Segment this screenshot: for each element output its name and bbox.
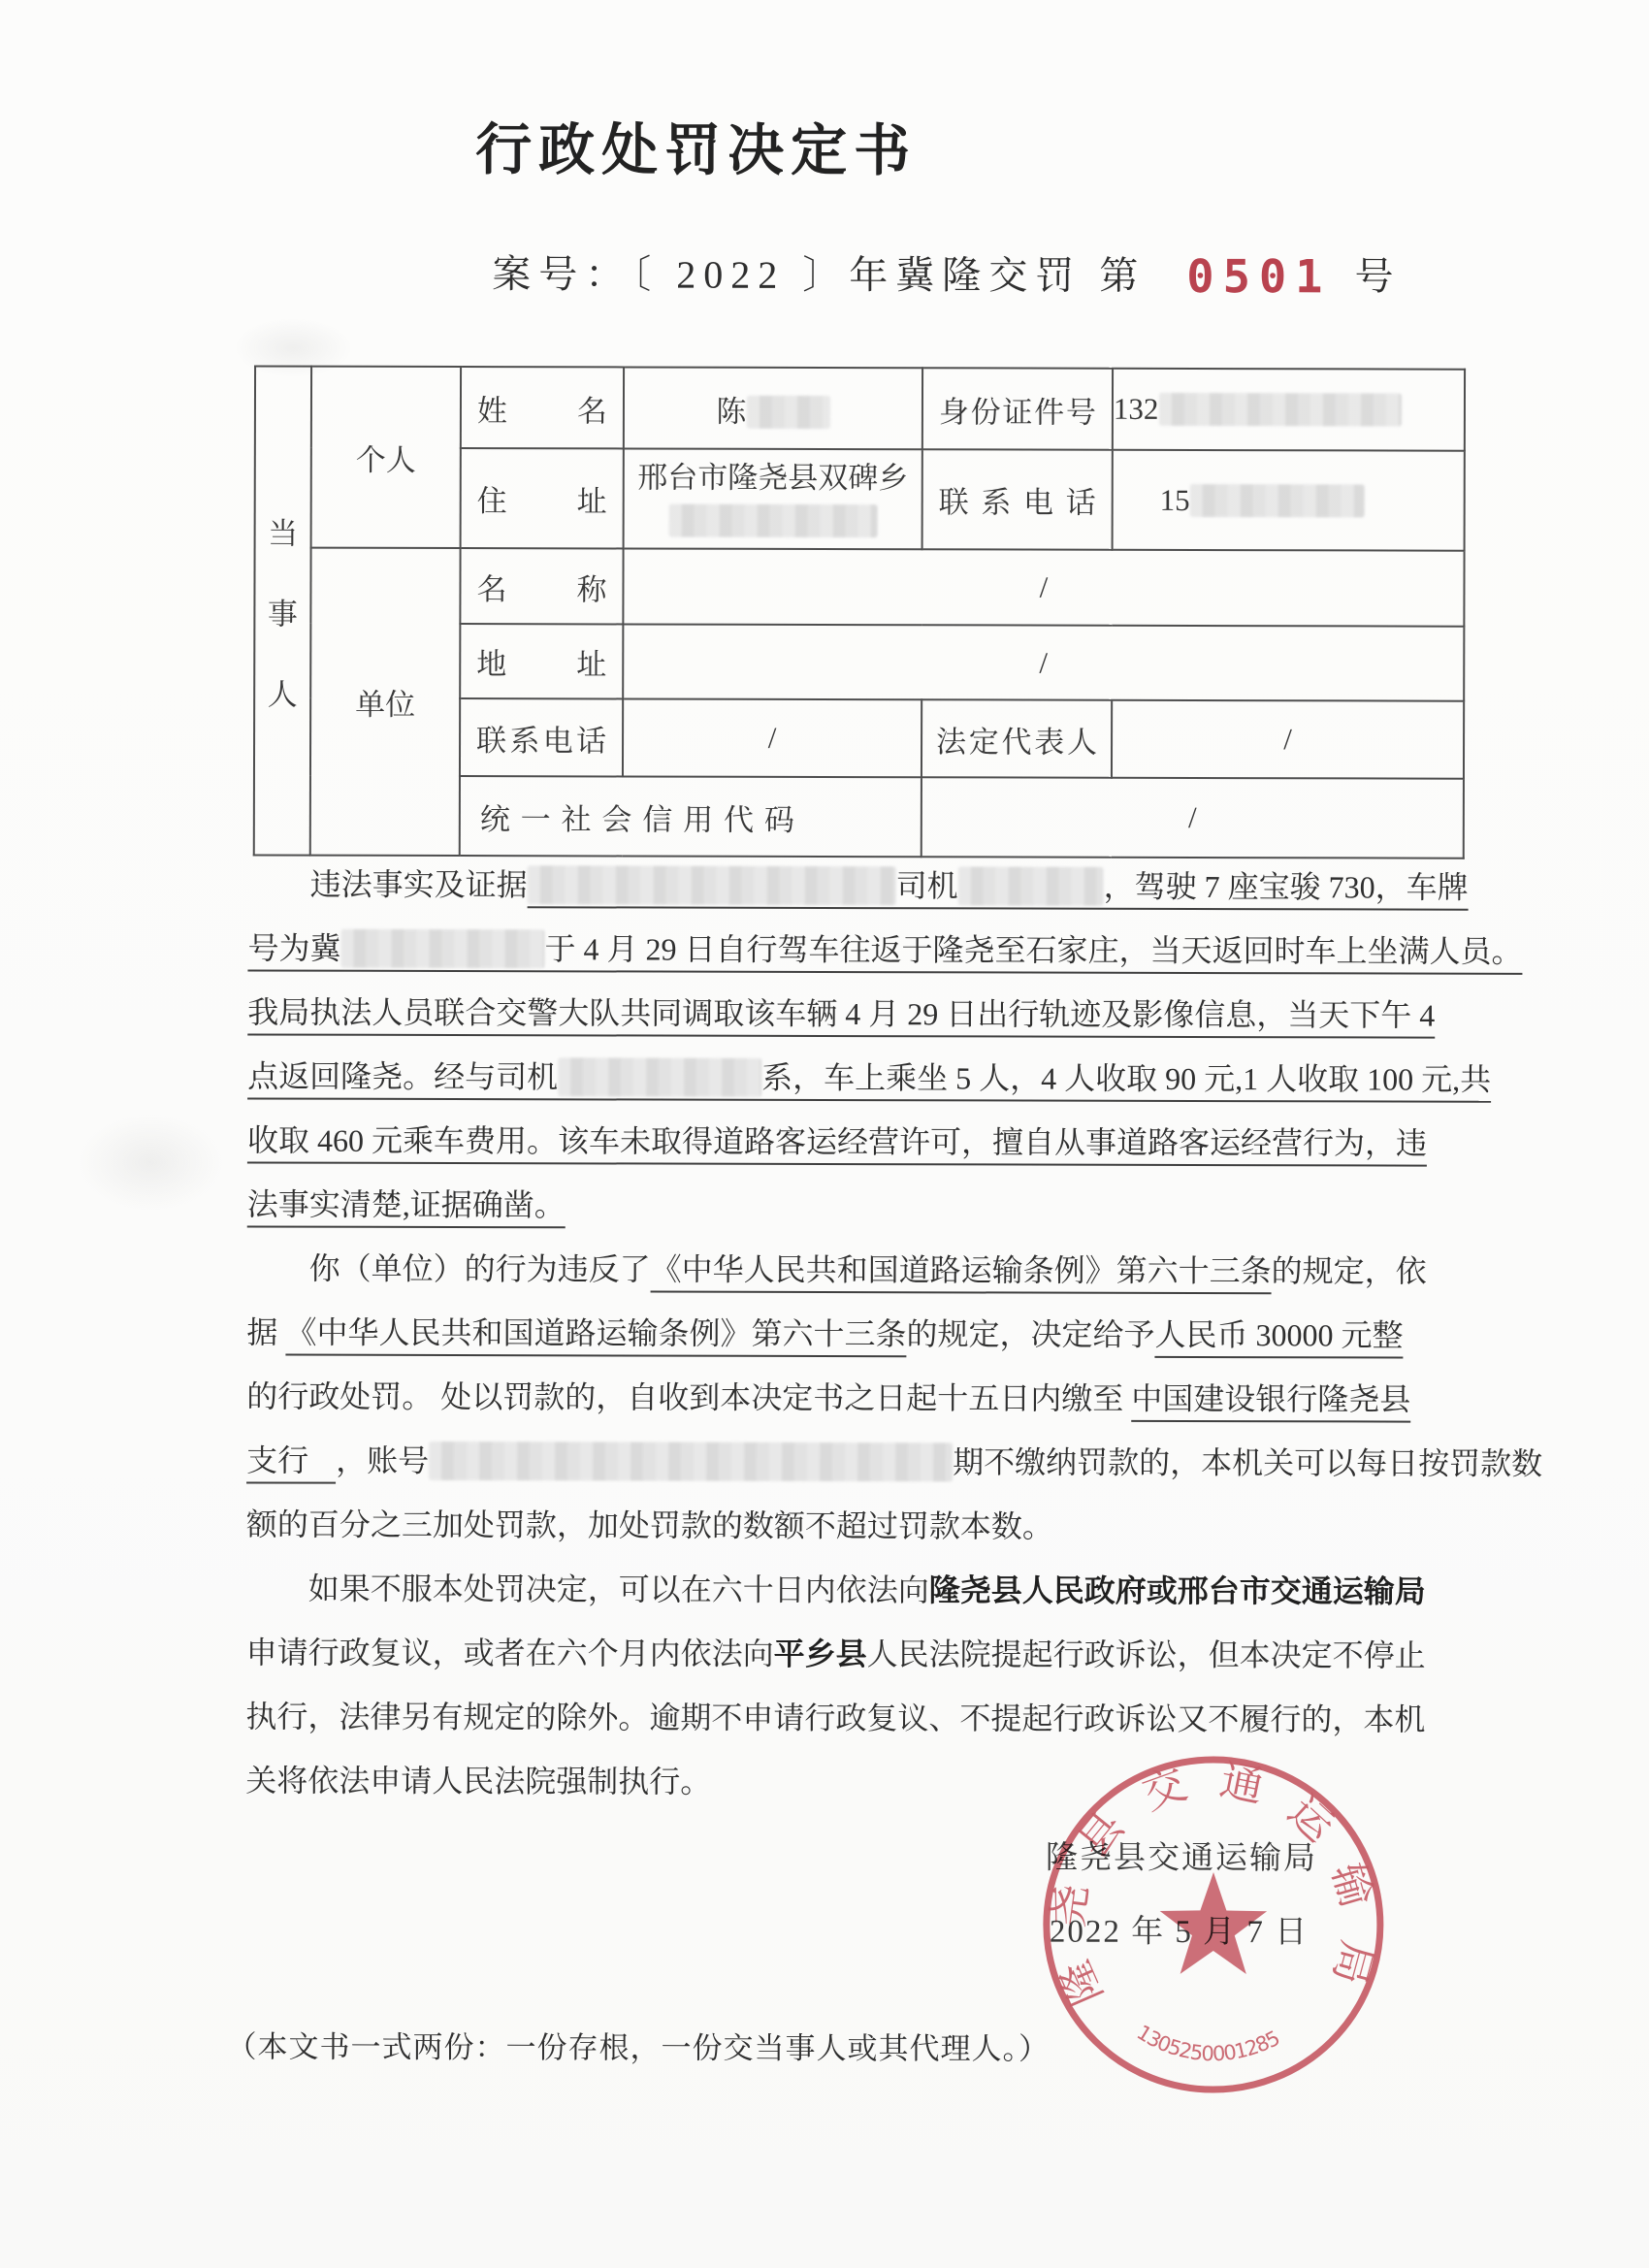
- id-value-prefix: 132: [1114, 392, 1159, 426]
- addr-line2: [625, 499, 921, 542]
- filled-blank-text: 法事实清楚,证据确凿。: [247, 1186, 566, 1228]
- filled-blank-text: 于 4 月 29 日自行驾车往返于隆尧至石家庄，当天返回时车上坐满人员。: [544, 931, 1522, 969]
- body-line: 申请行政复议，或者在六个月内依法向平乡县人民法院提起行政诉讼，但本决定不停止: [246, 1620, 1493, 1687]
- cited-law: 《中华人民共和国道路运输条例》第六十三条: [285, 1315, 906, 1358]
- cell-phone-label: 联系电话: [922, 449, 1113, 550]
- filled-blank-text: 点返回隆尧。经与司机: [247, 1058, 558, 1094]
- case-label: 案号：〔 2022 〕年冀隆交罚 第: [492, 252, 1146, 298]
- redaction-blur: [958, 866, 1104, 905]
- redaction-blur: [429, 1442, 953, 1481]
- court-name: 平乡县: [774, 1636, 867, 1671]
- body-line: 额的百分之三加处罚款，加处罚款的数额不超过罚款本数。: [246, 1492, 1493, 1559]
- cell-id-value: 132: [1113, 369, 1465, 451]
- redaction-blur: [668, 503, 877, 537]
- redaction-blur: [528, 865, 896, 905]
- party-char: 人: [268, 669, 298, 713]
- case-suffix: 号: [1354, 254, 1401, 298]
- body-line: 违法事实及证据司机，驾驶 7 座宝骏 730，车牌: [248, 852, 1495, 919]
- text-segment: 执行，法律另有规定的除外。逾期不申请行政复议、不提起行政诉讼又不履行的，本机: [245, 1699, 1425, 1736]
- body-line: 收取 460 元乘车费用。该车未取得道路客运经营许可，擅自从事道路客运经营行为，…: [247, 1108, 1494, 1175]
- text-segment: 的行政处罚。 处以罚款的，自收到本决定书之日起十五日内缴至: [246, 1378, 1131, 1415]
- seal-star: [1160, 1872, 1268, 1974]
- case-number-line: 案号：〔 2022 〕年冀隆交罚 第0501号: [492, 243, 1401, 301]
- scanned-penalty-document: 行政处罚决定书 案号：〔 2022 〕年冀隆交罚 第0501号 当 事 人 个人…: [0, 0, 1649, 2268]
- body-line: 的行政处罚。 处以罚款的，自收到本决定书之日起十五日内缴至 中国建设银行隆尧县: [246, 1364, 1493, 1431]
- cell-person-label: 个人: [311, 367, 461, 548]
- phone-value-prefix: 15: [1160, 482, 1190, 516]
- table-row: 单位 名称 /: [254, 547, 1464, 626]
- redaction-blur: [1190, 483, 1365, 516]
- body-line: 支行，账号期不缴纳罚款的，本机关可以每日按罚款数: [246, 1428, 1493, 1495]
- text-segment: 期不缴纳罚款的，本机关可以每日按罚款数: [953, 1444, 1542, 1481]
- cell-unit-addr-value: /: [623, 624, 1464, 700]
- cell-phone-value: 15: [1113, 450, 1465, 551]
- party-char: 当: [268, 508, 298, 552]
- body-line: 号为冀于 4 月 29 日自行驾车往返于隆尧至石家庄，当天返回时车上坐满人员。: [247, 916, 1494, 983]
- cell-party-label: 当 事 人: [254, 366, 311, 855]
- page-title: 行政处罚决定书: [3, 103, 1390, 188]
- body-line: 执行，法律另有规定的除外。逾期不申请行政复议、不提起行政诉讼又不履行的，本机: [245, 1684, 1492, 1751]
- cell-legal-rep-label: 法定代表人: [921, 699, 1112, 778]
- cell-unit-name-label: 名称: [460, 548, 623, 624]
- cell-legal-rep-value: /: [1112, 700, 1464, 779]
- body-line: 我局执法人员联合交警大队共同调取该车辆 4 月 29 日出行轨迹及影像信息，当天…: [247, 980, 1494, 1047]
- body-line: 法事实清楚,证据确凿。: [247, 1172, 1494, 1239]
- cell-id-label: 身份证件号: [922, 368, 1113, 450]
- text-segment: 的规定，决定给予: [906, 1316, 1154, 1352]
- cell-addr-value: 邢台市隆尧县双碑乡: [624, 448, 922, 549]
- redaction-blur: [558, 1057, 761, 1097]
- filled-blank-text: ，驾驶 7 座宝骏 730，车牌: [1104, 869, 1469, 905]
- redaction-blur: [340, 929, 544, 969]
- review-authority: 隆尧县人民政府或邢台市交通运输局: [929, 1572, 1426, 1608]
- body-line: 如果不服本处罚决定，可以在六十日内依法向隆尧县人民政府或邢台市交通运输局: [246, 1556, 1493, 1623]
- cell-unit-name-value: /: [623, 548, 1464, 626]
- name-value: 陈: [716, 394, 746, 428]
- cell-unit-addr-label: 地址: [460, 624, 623, 698]
- party-char: 事: [268, 589, 298, 632]
- cell-unit-label: 单位: [310, 548, 461, 856]
- cell-name-value: 陈: [624, 367, 922, 449]
- facts-label: 违法事实及证据: [310, 867, 528, 903]
- case-number-stamp: 0501: [1186, 250, 1331, 304]
- body-line: 据 《中华人民共和国道路运输条例》第六十三条的规定，决定给予人民币 30000 …: [246, 1300, 1493, 1367]
- filled-blank-text: 我局执法人员联合交警大队共同调取该车辆 4 月 29 日出行轨迹及影像信息，当天…: [247, 994, 1435, 1038]
- official-seal: 隆尧县交通运输局 1305250001285: [1035, 1749, 1391, 2105]
- cell-unit-phone-value: /: [623, 698, 921, 777]
- text-segment: 的规定，依: [1272, 1253, 1427, 1288]
- body-line: 你（单位）的行为违反了《中华人民共和国道路运输条例》第六十三条的规定，依: [247, 1236, 1494, 1303]
- text-segment: 关将依法申请人民法院强制执行。: [245, 1763, 711, 1798]
- text-segment: ，账号: [336, 1443, 429, 1478]
- footer-note: （本文书一式两份：一份存根，一份交当事人或其代理人。）: [226, 2022, 1050, 2067]
- penalty-amount: 人民币 30000 元整: [1154, 1317, 1403, 1359]
- text-segment: 你（单位）的行为违反了: [309, 1251, 651, 1287]
- filled-blank-text: 系，车上乘坐 5 人，4 人收取 90 元,1 人收取 100 元,共: [761, 1060, 1491, 1097]
- cited-law: 《中华人民共和国道路运输条例》第六十三条: [651, 1252, 1272, 1295]
- addr-line1: 邢台市隆尧县双碑乡: [625, 456, 921, 500]
- cell-unit-phone-label: 联系电话: [460, 698, 623, 776]
- bank-name: 中国建设银行隆尧县: [1131, 1381, 1410, 1423]
- bank-name: 支行: [246, 1442, 308, 1477]
- text-segment: 据: [246, 1314, 285, 1349]
- table-row: 当 事 人 个人 姓名 陈 身份证件号 132: [255, 366, 1465, 450]
- cell-addr-label: 住址: [461, 448, 624, 548]
- filled-blank-text: 号为冀: [247, 930, 340, 965]
- body-line: 点返回隆尧。经与司机系，车上乘坐 5 人，4 人收取 90 元,1 人收取 10…: [247, 1044, 1494, 1111]
- seal-serial: 1305250001285: [1133, 2021, 1287, 2066]
- cell-credit-code-label: 统一社会信用代码: [460, 776, 921, 857]
- redaction-blur: [1158, 393, 1401, 427]
- party-info-table: 当 事 人 个人 姓名 陈 身份证件号 132 住址 邢台市隆尧县双碑: [253, 365, 1466, 859]
- body-text: 违法事实及证据司机，驾驶 7 座宝骏 730，车牌 号为冀于 4 月 29 日自…: [245, 852, 1495, 1815]
- text-segment: 人民法院提起行政诉讼，但本决定不停止: [867, 1636, 1426, 1673]
- cell-credit-code-value: /: [921, 777, 1464, 858]
- filled-blank-text: 司机: [896, 868, 958, 903]
- redaction-blur: [746, 395, 829, 428]
- scan-artifact: [78, 1114, 223, 1211]
- text-segment: 申请行政复议，或者在六个月内依法向: [246, 1635, 774, 1670]
- text-segment: 如果不服本处罚决定，可以在六十日内依法向: [308, 1571, 929, 1608]
- cell-name-label: 姓名: [461, 367, 624, 448]
- text-segment: 额的百分之三加处罚款，加处罚款的数额不超过罚款本数。: [246, 1507, 1053, 1543]
- filled-blank-text: 收取 460 元乘车费用。该车未取得道路客运经营许可，擅自从事道路客运经营行为，…: [247, 1122, 1427, 1166]
